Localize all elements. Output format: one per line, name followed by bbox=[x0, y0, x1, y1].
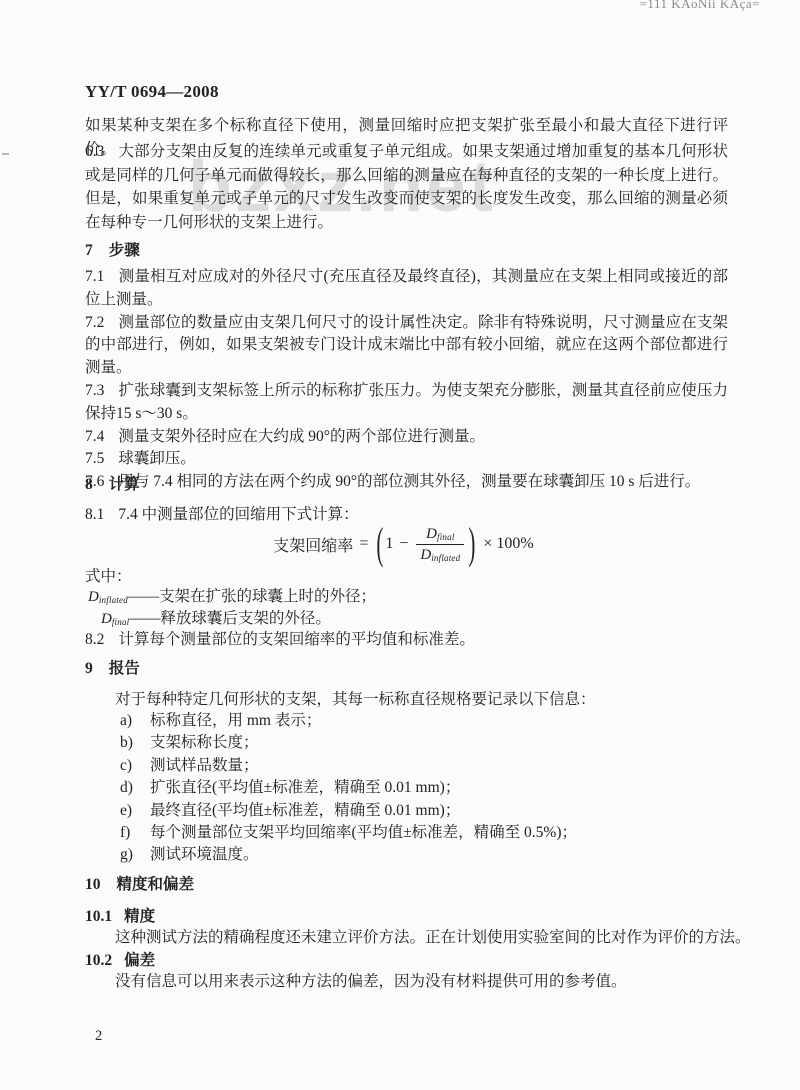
item-text: 最终直径(平均值±标准差，精确至 0.01 mm)； bbox=[150, 802, 460, 819]
corner-stamp-text: =111 KAoNii KAça= bbox=[640, 0, 760, 12]
clause-text: 测量支架外径时应在大约成 90°的两个部位进行测量。 bbox=[118, 428, 485, 445]
open-paren: ( bbox=[376, 518, 383, 571]
standard-number: YY/T 0694—2008 bbox=[85, 82, 728, 102]
fraction-denominator: Dinflated bbox=[416, 545, 464, 564]
clause-number: 7.1 bbox=[85, 266, 104, 289]
clause-7-2: 7.2测量部位的数量应由支架几何尺寸的设计属性决定。除非有特殊说明，尺寸测量应在… bbox=[85, 312, 728, 380]
clause-number: 8.2 bbox=[85, 628, 104, 652]
report-item: b)支架标称长度； bbox=[85, 732, 728, 754]
section-7-clauses: 7.1测量相互对应成对的外径尺寸(充压直径及最终直径)，其测量应在支架上相同或接… bbox=[85, 266, 728, 494]
clause-number: 10.2 bbox=[85, 952, 112, 970]
item-label: f) bbox=[120, 822, 150, 844]
clause-7-5: 7.5球囊卸压。 bbox=[85, 448, 728, 471]
item-text: 测试环境温度。 bbox=[150, 846, 259, 863]
report-item: e)最终直径(平均值±标准差，精确至 0.01 mm)； bbox=[85, 800, 728, 822]
clause-7-1: 7.1测量相互对应成对的外径尺寸(充压直径及最终直径)，其测量应在支架上相同或接… bbox=[85, 266, 728, 312]
document-page: =111 KAoNii KAça= bzxz.net YY/T 0694—200… bbox=[0, 0, 800, 1090]
section-title: 报告 bbox=[109, 660, 140, 677]
item-label: a) bbox=[120, 710, 150, 732]
clause-number: 7.3 bbox=[85, 380, 104, 403]
item-text: 标称直径，用 mm 表示； bbox=[150, 712, 321, 729]
section-title: 计算 bbox=[109, 476, 140, 493]
formula-minus: − bbox=[399, 535, 408, 553]
clause-number: 10.1 bbox=[85, 908, 112, 926]
clause-10-2-text: 没有信息可以用来表示这种方法的偏差，因为没有材料提供可用的参考值。 bbox=[85, 970, 758, 994]
item-label: c) bbox=[120, 755, 150, 777]
fraction: Dfinal Dinflated bbox=[416, 525, 464, 564]
section-number: 7 bbox=[85, 242, 93, 260]
item-label: g) bbox=[120, 844, 150, 866]
d-inflated-sub: inflated bbox=[431, 553, 460, 563]
clause-number: 7.2 bbox=[85, 312, 104, 335]
clause-text: 计算每个测量部位的支架回缩率的平均值和标准差。 bbox=[118, 631, 475, 648]
clause-10-2-heading: 10.2偏差 bbox=[85, 948, 728, 970]
section-title: 步骤 bbox=[109, 242, 140, 259]
section-title: 精度和偏差 bbox=[117, 876, 195, 893]
clause-number: 6.3 bbox=[85, 140, 104, 164]
clause-text: 测量相互对应成对的外径尺寸(充压直径及最终直径)，其测量应在支架上相同或接近的部… bbox=[85, 268, 728, 308]
clause-7-4: 7.4测量支架外径时应在大约成 90°的两个部位进行测量。 bbox=[85, 426, 728, 449]
item-label: d) bbox=[120, 777, 150, 799]
d-inflated-base: D bbox=[420, 547, 431, 563]
section-7-heading: 7步骤 bbox=[85, 238, 728, 260]
report-item: g)测试环境温度。 bbox=[85, 844, 728, 866]
item-text: 支架标称长度； bbox=[150, 734, 259, 751]
scan-artifact-dash bbox=[2, 153, 9, 155]
item-label: e) bbox=[120, 800, 150, 822]
close-paren: ) bbox=[468, 518, 475, 571]
d-final-sub: final bbox=[437, 532, 455, 542]
formula-equals: = bbox=[359, 535, 368, 553]
formula-one: 1 bbox=[385, 535, 393, 553]
clause-title: 偏差 bbox=[124, 952, 155, 969]
d-final-base: D bbox=[101, 611, 112, 627]
clause-text: 球囊卸压。 bbox=[118, 450, 196, 467]
definition-text: ——支架在扩张的球囊上时的外径； bbox=[128, 588, 376, 605]
clause-8-2: 8.2计算每个测量部位的支架回缩率的平均值和标准差。 bbox=[85, 628, 728, 652]
definition-text: ——释放球囊后支架的外径。 bbox=[129, 610, 331, 627]
d-final-sub: final bbox=[112, 617, 130, 627]
d-inflated-base: D bbox=[88, 589, 99, 605]
d-final-base: D bbox=[426, 526, 437, 542]
item-text: 扩张直径(平均值±标准差，精确至 0.01 mm)； bbox=[150, 779, 460, 796]
recoil-formula: 支架回缩率 = ( 1 − Dfinal Dinflated ) × 100% bbox=[85, 520, 728, 568]
where-label: 式中： bbox=[85, 565, 728, 589]
clause-10-1-text: 这种测试方法的精确程度还未建立评价方法。正在计划使用实验室间的比对作为评价的方法… bbox=[85, 926, 758, 950]
clause-number: 7.5 bbox=[85, 448, 104, 471]
section-number: 10 bbox=[85, 876, 101, 894]
formula-lhs: 支架回缩率 bbox=[273, 533, 353, 556]
item-label: b) bbox=[120, 732, 150, 754]
item-text: 测试样品数量； bbox=[150, 757, 259, 774]
section-8-heading: 8计算 bbox=[85, 472, 728, 494]
clause-text: 大部分支架由反复的连续单元或重复子单元组成。如果支架通过增加重复的基本几何形状或… bbox=[85, 143, 728, 231]
report-intro: 对于每种特定几何形状的支架，其每一标称直径规格要记录以下信息： bbox=[85, 688, 728, 712]
clause-number: 7.4 bbox=[85, 426, 104, 449]
section-10-heading: 10精度和偏差 bbox=[85, 872, 728, 894]
page-number: 2 bbox=[95, 1028, 102, 1045]
section-number: 8 bbox=[85, 476, 93, 494]
clause-text: 测量部位的数量应由支架几何尺寸的设计属性决定。除非有特殊说明，尺寸测量应在支架的… bbox=[85, 314, 728, 377]
clause-text: 扩张球囊到支架标签上所示的标称扩张压力。为使支架充分膨胀，测量其直径前应使压力保… bbox=[85, 382, 728, 422]
section-number: 9 bbox=[85, 660, 93, 678]
clause-7-3: 7.3扩张球囊到支架标签上所示的标称扩张压力。为使支架充分膨胀，测量其直径前应使… bbox=[85, 380, 728, 426]
report-item: f)每个测量部位支架平均回缩率(平均值±标准差，精确至 0.5%)； bbox=[85, 822, 728, 844]
section-9-heading: 9报告 bbox=[85, 656, 728, 678]
d-inflated-sub: inflated bbox=[99, 595, 128, 605]
clause-6-3: 6.3大部分支架由反复的连续单元或重复子单元组成。如果支架通过增加重复的基本几何… bbox=[85, 140, 728, 234]
formula-times-100: × 100% bbox=[483, 535, 533, 553]
report-item: a)标称直径，用 mm 表示； bbox=[85, 710, 728, 732]
report-items: a)标称直径，用 mm 表示； b)支架标称长度； c)测试样品数量； d)扩张… bbox=[85, 710, 728, 867]
item-text: 每个测量部位支架平均回缩率(平均值±标准差，精确至 0.5%)； bbox=[150, 824, 577, 841]
clause-10-1-heading: 10.1精度 bbox=[85, 904, 728, 926]
clause-title: 精度 bbox=[124, 908, 155, 925]
report-item: d)扩张直径(平均值±标准差，精确至 0.01 mm)； bbox=[85, 777, 728, 799]
fraction-numerator: Dfinal bbox=[416, 525, 464, 545]
report-item: c)测试样品数量； bbox=[85, 755, 728, 777]
